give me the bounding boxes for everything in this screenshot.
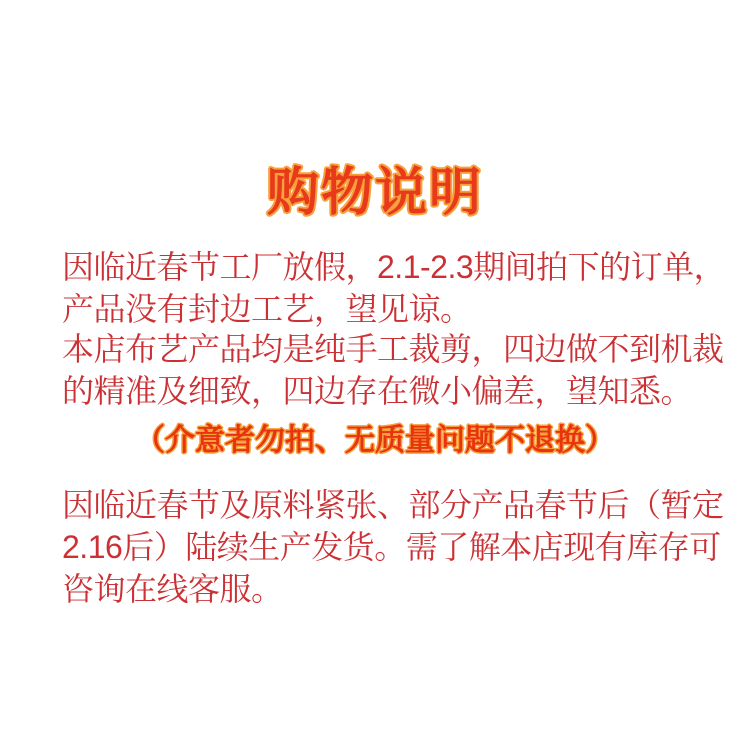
page-title: 购物说明: [0, 150, 750, 225]
paragraph-line: 咨询在线客服。: [62, 568, 712, 610]
paragraph-shipping-delay: 因临近春节及原料紧张、部分产品春节后（暂定 2.16后）陆续生产发货。需了解本店…: [62, 484, 712, 610]
paragraph-line: 本店布艺产品均是纯手工裁剪，四边做不到机裁: [62, 328, 712, 370]
shopping-notice-page: 购物说明 因临近春节工厂放假，2.1-2.3期间拍下的订单， 产品没有封边工艺，…: [0, 0, 750, 750]
paragraph-line: 因临近春节及原料紧张、部分产品春节后（暂定: [62, 484, 712, 526]
no-returns-warning: （介意者勿拍、无质量问题不退换）: [0, 420, 750, 462]
paragraph-line: 产品没有封边工艺，望见谅。: [62, 288, 712, 330]
paragraph-line: 因临近春节工厂放假，2.1-2.3期间拍下的订单，: [62, 246, 712, 288]
paragraph-line: 的精准及细致，四边存在微小偏差，望知悉。: [62, 370, 712, 412]
paragraph-handmade-cutting: 本店布艺产品均是纯手工裁剪，四边做不到机裁 的精准及细致，四边存在微小偏差，望知…: [62, 328, 712, 412]
paragraph-factory-holiday: 因临近春节工厂放假，2.1-2.3期间拍下的订单， 产品没有封边工艺，望见谅。: [62, 246, 712, 330]
paragraph-line: 2.16后）陆续生产发货。需了解本店现有库存可: [62, 526, 712, 568]
